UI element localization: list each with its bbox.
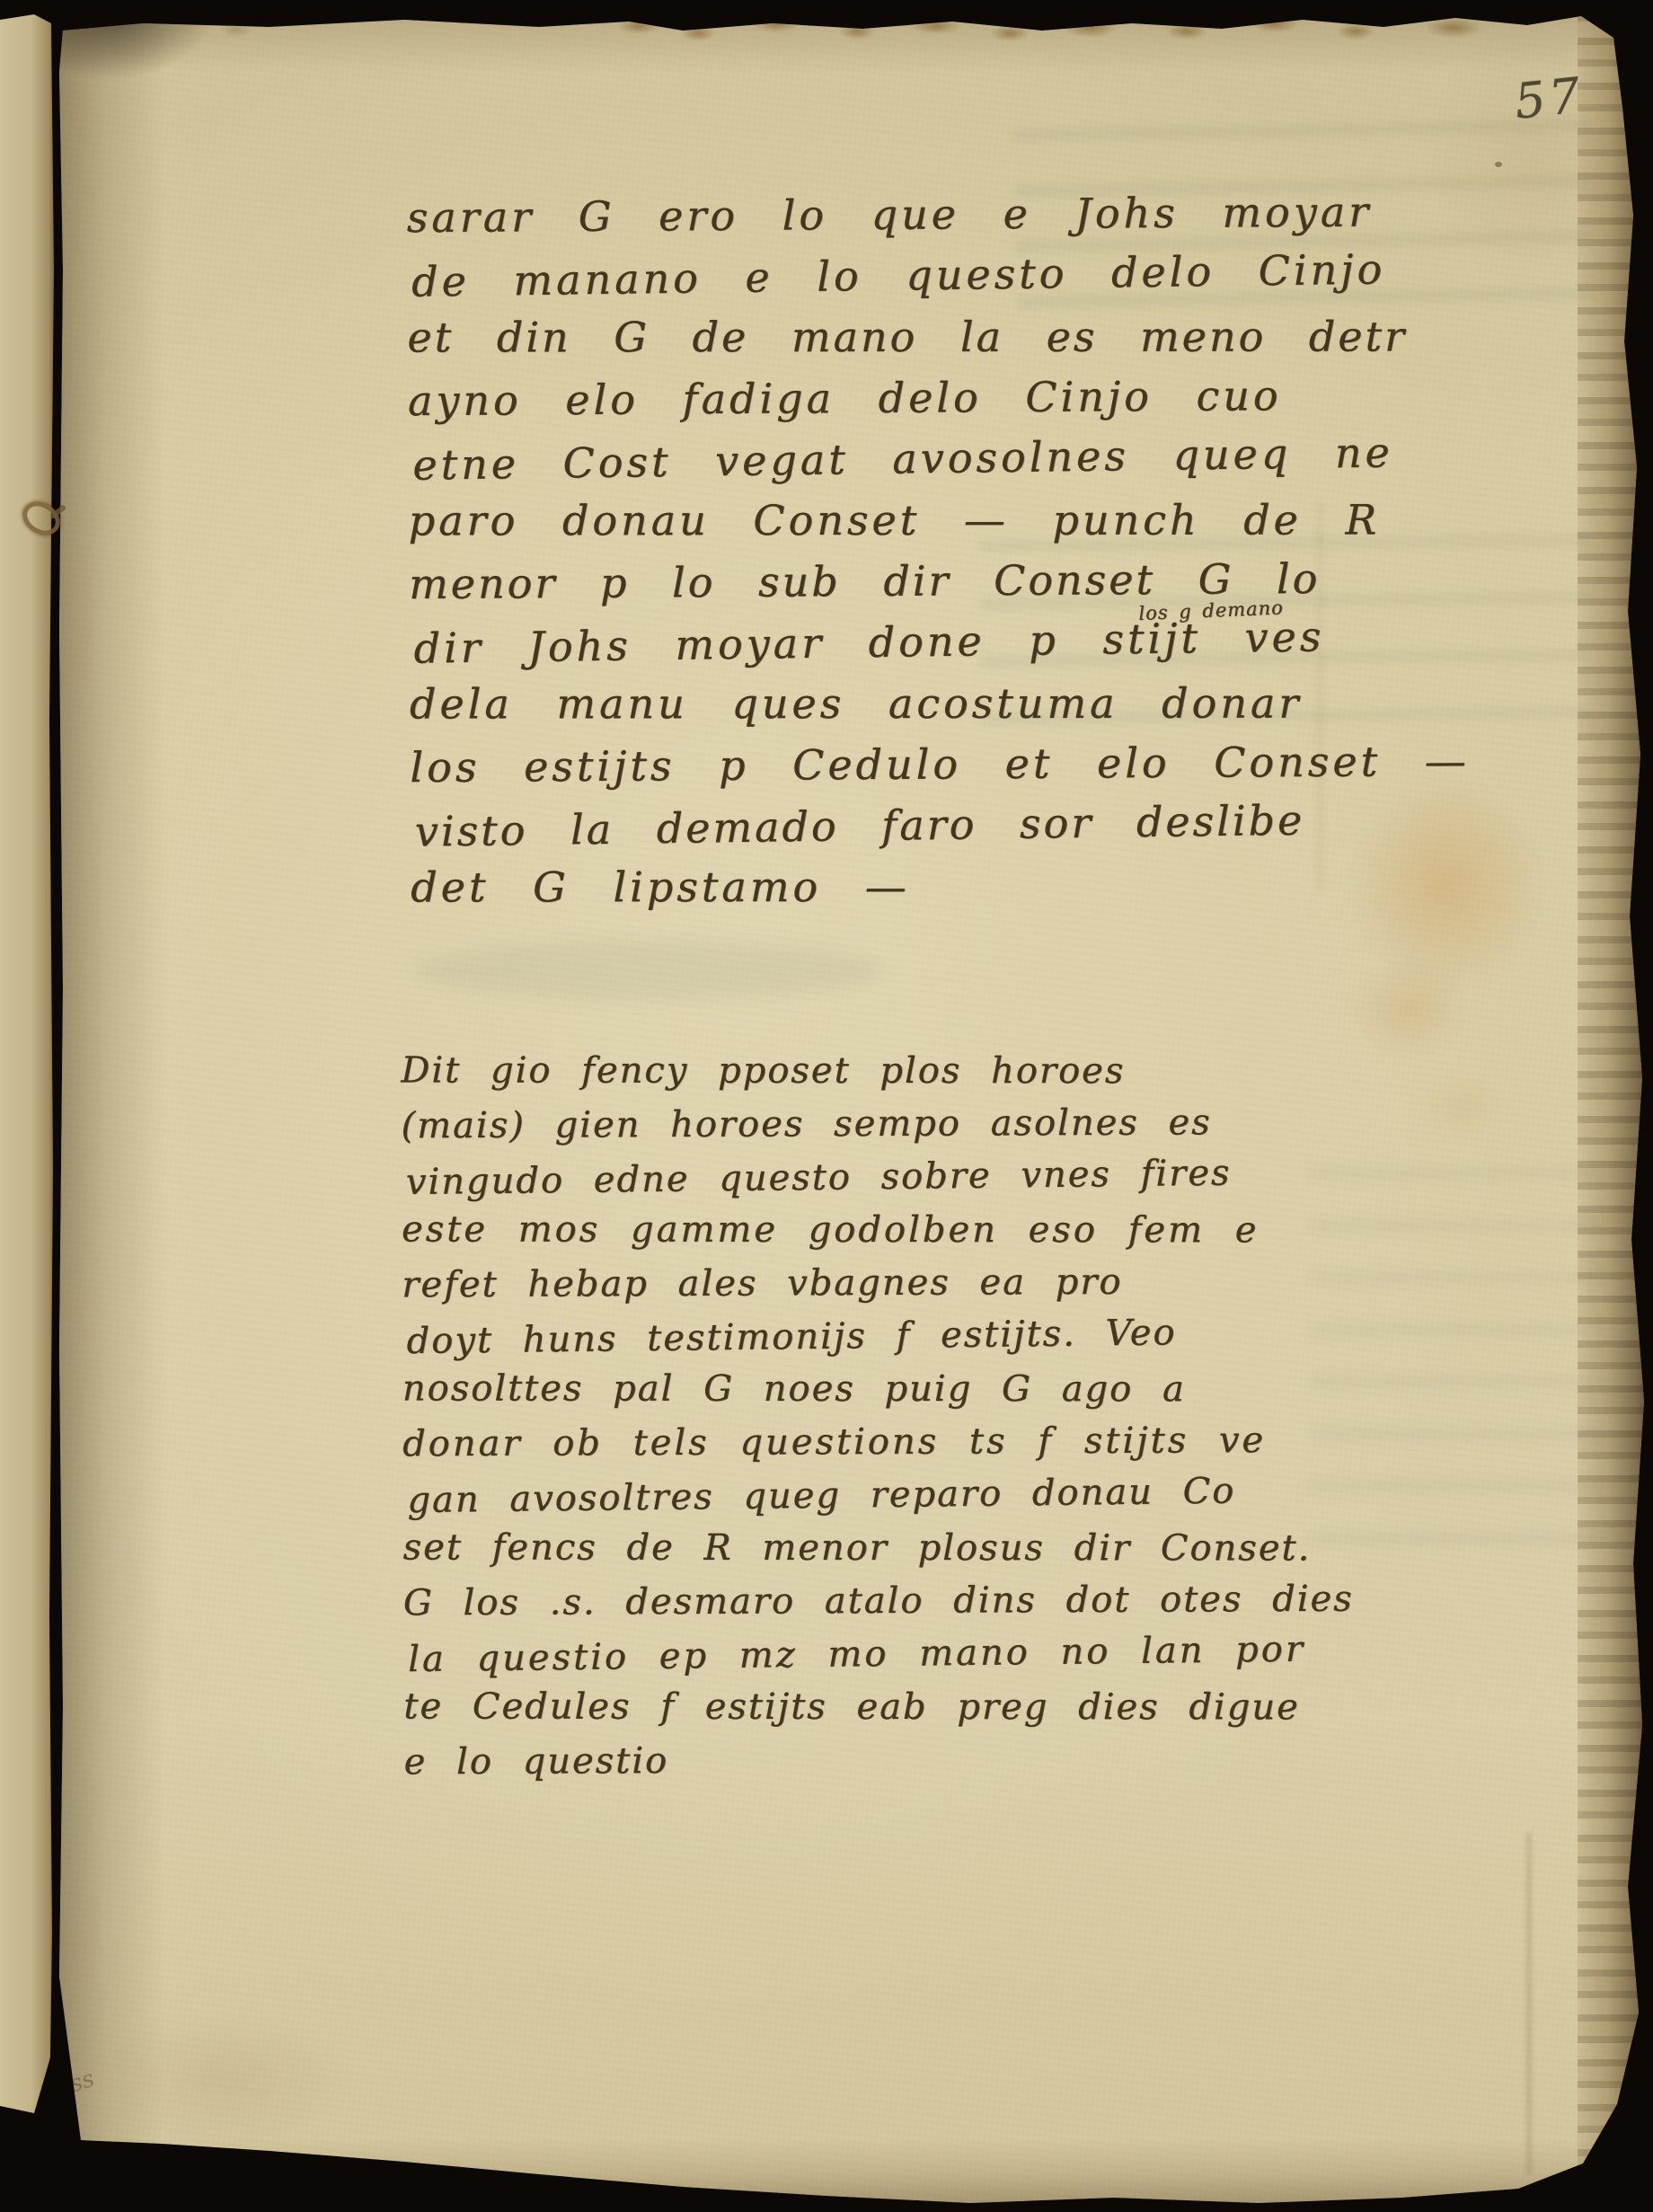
manuscript-line: Dit gio fency pposet plos horoes — [401, 1045, 1371, 1099]
manuscript-line: visto la demado faro sor deslibe — [414, 789, 1336, 862]
stain — [1419, 1071, 1505, 1143]
manuscript-line: det G lipstamo — — [411, 856, 1336, 918]
manuscript-line: dela manu ques acostuma donar — [410, 673, 1335, 735]
stain — [99, 2013, 350, 2147]
gutter-shadow — [57, 0, 165, 2212]
manuscript-page: 57 los g demano sarar G ero lo que e Joh… — [0, 0, 1653, 2212]
manuscript-line: la questio ep mz mo mano no lan por — [408, 1623, 1375, 1686]
manuscript-line: sarar G ero lo que e Johs moyar — [407, 181, 1332, 248]
deckle-spot — [911, 18, 961, 34]
manuscript-line: (mais) gien horoes sempo asolnes es — [401, 1096, 1371, 1154]
stain — [1348, 773, 1545, 997]
manuscript-line: set fencs de R menor plosus dir Conset. — [403, 1522, 1374, 1576]
deckle-spot — [1425, 18, 1482, 38]
manuscript-line: ayno elo fadiga delo Cinjo cuo — [408, 365, 1333, 431]
deckle-spot — [221, 22, 252, 38]
manuscript-line: de manano e lo questo delo Cinjo — [411, 239, 1333, 312]
manuscript-line: te Cedules f estijts eab preg dies digue — [403, 1681, 1374, 1735]
deckle-spot — [1337, 23, 1375, 40]
deckle-spot — [1166, 23, 1207, 40]
ink-dot — [1495, 162, 1502, 167]
deckle-spot — [1251, 16, 1299, 32]
deckle-spot — [618, 18, 659, 34]
manuscript-line: donar ob tels questions ts f stijts ve — [402, 1414, 1373, 1472]
top-edge-shading — [0, 0, 1653, 72]
paper-crease — [1527, 1833, 1531, 2174]
deckle-spot — [681, 25, 715, 41]
manuscript-line: dir Johs moyar done p stijt ves — [413, 606, 1335, 678]
handwritten-paragraph-1: los g demano sarar G ero lo que e Johs m… — [407, 181, 1337, 920]
bottom-edge-shading — [0, 2138, 1653, 2212]
deckle-spot — [990, 25, 1030, 41]
manuscript-line: los estijts p Cedulo et elo Conset — — [410, 731, 1335, 798]
manuscript-line: e lo questio — [404, 1732, 1375, 1790]
deckle-spot — [1064, 18, 1118, 38]
folio-number: 57 — [1512, 66, 1587, 130]
manuscript-line: etne Cost vegat avosolnes queq ne — [412, 422, 1334, 495]
manuscript-line: paro donau Conset — punch de R — [409, 490, 1334, 552]
deckle-spot — [839, 23, 875, 40]
manuscript-line: gan avosoltres queg reparo donau Co — [407, 1464, 1374, 1527]
handwritten-paragraph-2: Dit gio fency pposet plos horoes (mais) … — [401, 1043, 1375, 1790]
manuscript-line: este mos gamme godolben eso fem e — [402, 1204, 1372, 1258]
manuscript-line: nosolttes pal G noes puig G ago a — [402, 1363, 1373, 1417]
manuscript-line: et din G de mano la es meno detr — [408, 306, 1333, 368]
manuscript-line: G los .s. desmaro atalo dins dot otes di… — [403, 1573, 1374, 1631]
deckle-right-edge — [1578, 0, 1653, 2212]
manuscript-line: refet hebap ales vbagnes ea pro — [402, 1255, 1372, 1313]
manuscript-line: doyt huns testimonijs f estijts. Veo — [406, 1305, 1373, 1368]
deckle-spot — [753, 16, 800, 32]
manuscript-photo: { "manuscript": { "folio_number": "57", … — [0, 0, 1653, 2212]
manuscript-line: vingudo edne questo sobre vnes fires — [406, 1146, 1373, 1209]
previous-page-edge — [0, 0, 56, 2212]
